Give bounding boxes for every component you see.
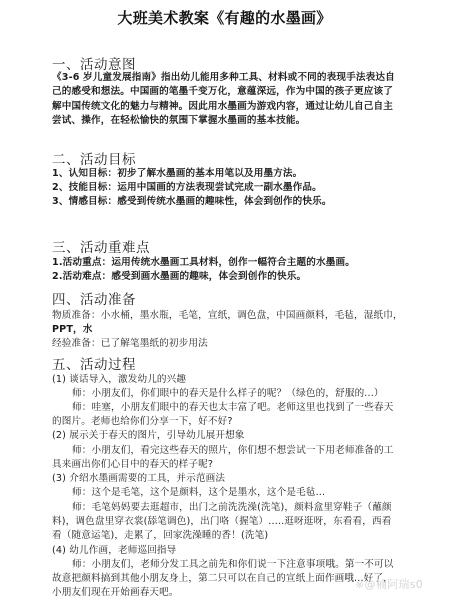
intent-line: 解中国传统文化的魅力与精神。因此用水墨画为游戏内容，通过让幼儿自己自主 bbox=[52, 100, 402, 114]
intent-line: 己的感受和想法。中国画的笔墨千变万化，意蕴深远，作为中国的孩子更应该了 bbox=[52, 85, 402, 99]
section-heading-goals: 二、活动目标 bbox=[52, 148, 136, 168]
process-dialogue: 具来画出你们心目中的春天的样子呢? bbox=[52, 458, 402, 472]
process-dialogue: 小朋友们现在开始画春天吧。 bbox=[52, 586, 402, 600]
process-dialogue: 师：这个是毛笔，这个是颜料，这个是墨水，这个是毛毡... bbox=[72, 486, 422, 500]
process-step-heading: (1) 谈话导入，激发幼儿的兴趣 bbox=[52, 373, 402, 387]
section-heading-process: 五、活动过程 bbox=[52, 353, 136, 373]
lesson-plan-page: 大班美术教案《有趣的水墨画》 一、活动意图 《3-6 岁儿童发展指南》指出幼儿能… bbox=[0, 0, 449, 600]
goal-item: 3、情感目标：感受到传统水墨画的趣味性，体会到创作的快乐。 bbox=[52, 195, 402, 209]
process-dialogue: 师：小朋友们，看完这些春天的照片，你们想不想尝试一下用老师准备的工 bbox=[72, 444, 422, 458]
preparation-item: 物质准备：小水桶，墨水瓶，毛笔，宣纸，调色盘，中国画颜料，毛毡，湿纸巾， bbox=[52, 309, 402, 323]
process-dialogue: 师：小朋友们，老师分发工具之前先和你们说一下注意事项哦。第一不可以 bbox=[72, 558, 422, 572]
process-dialogue: 师：毛笔妈妈要去逛超市，出门之前洗洗澡(洗笔)，颜料盒里穿鞋子（蘸颜 bbox=[72, 501, 422, 515]
intent-line: 尝试、操作，在轻松愉快的氛围下掌握水墨画的基本技能。 bbox=[52, 114, 402, 128]
process-dialogue: 看（随意运笔)，走累了，回家洗澡睡的香！(洗笔) bbox=[52, 529, 402, 543]
watermark: ※@楠阿瑞s0 bbox=[355, 576, 423, 592]
document-title: 大班美术教案《有趣的水墨画》 bbox=[0, 7, 449, 28]
process-dialogue: 料)，调色盘里穿衣裳(舔笔调色)，出门咯（握笔）.....逛呀逛呀，东看看，西看 bbox=[52, 515, 402, 529]
process-step-heading: (2) 展示关于春天的图片，引导幼儿展开想象 bbox=[52, 429, 402, 443]
process-dialogue: 师：小朋友们，你们眼中的春天是什么样子的呢？（绿色的，舒服的...） bbox=[72, 387, 422, 401]
process-step-heading: (3) 介绍水墨画需要的工具，并示范画法 bbox=[52, 472, 402, 486]
process-dialogue: 故意把颜料搞到其他小朋友身上，第二只可以在自己的宣纸上面作画哦...好了， bbox=[52, 572, 402, 586]
intent-line: 《3-6 岁儿童发展指南》指出幼儿能用多种工具、材料或不同的表现手法表达自 bbox=[52, 71, 402, 85]
process-step-heading: (4) 幼儿作画，老师巡回指导 bbox=[52, 544, 402, 558]
section-heading-preparation: 四、活动准备 bbox=[52, 288, 136, 308]
process-dialogue: 师：哇塞，小朋友们眼中的春天也太丰富了吧。老师这里也找到了一些春天 bbox=[72, 401, 422, 415]
preparation-item: 经验准备：已了解笔墨纸的初步用法 bbox=[52, 337, 402, 351]
preparation-item: PPT，水 bbox=[52, 323, 402, 337]
goal-item: 2、技能目标：运用中国画的方法表现尝试完成一副水墨作品。 bbox=[52, 181, 402, 195]
process-dialogue: 的图片。老师也给你们分享一下，好不好? bbox=[52, 415, 402, 429]
section-heading-key-points: 三、活动重难点 bbox=[52, 236, 150, 256]
key-point-item: 2.活动难点：感受到画水墨画的趣味，体会到创作的快乐。 bbox=[52, 270, 402, 284]
section-heading-intent: 一、活动意图 bbox=[52, 53, 136, 73]
goal-item: 1、认知目标：初步了解水墨画的基本用笔以及用墨方法。 bbox=[52, 167, 402, 181]
key-point-item: 1.活动重点：运用传统水墨画工具材料，创作一幅符合主题的水墨画。 bbox=[52, 256, 402, 270]
